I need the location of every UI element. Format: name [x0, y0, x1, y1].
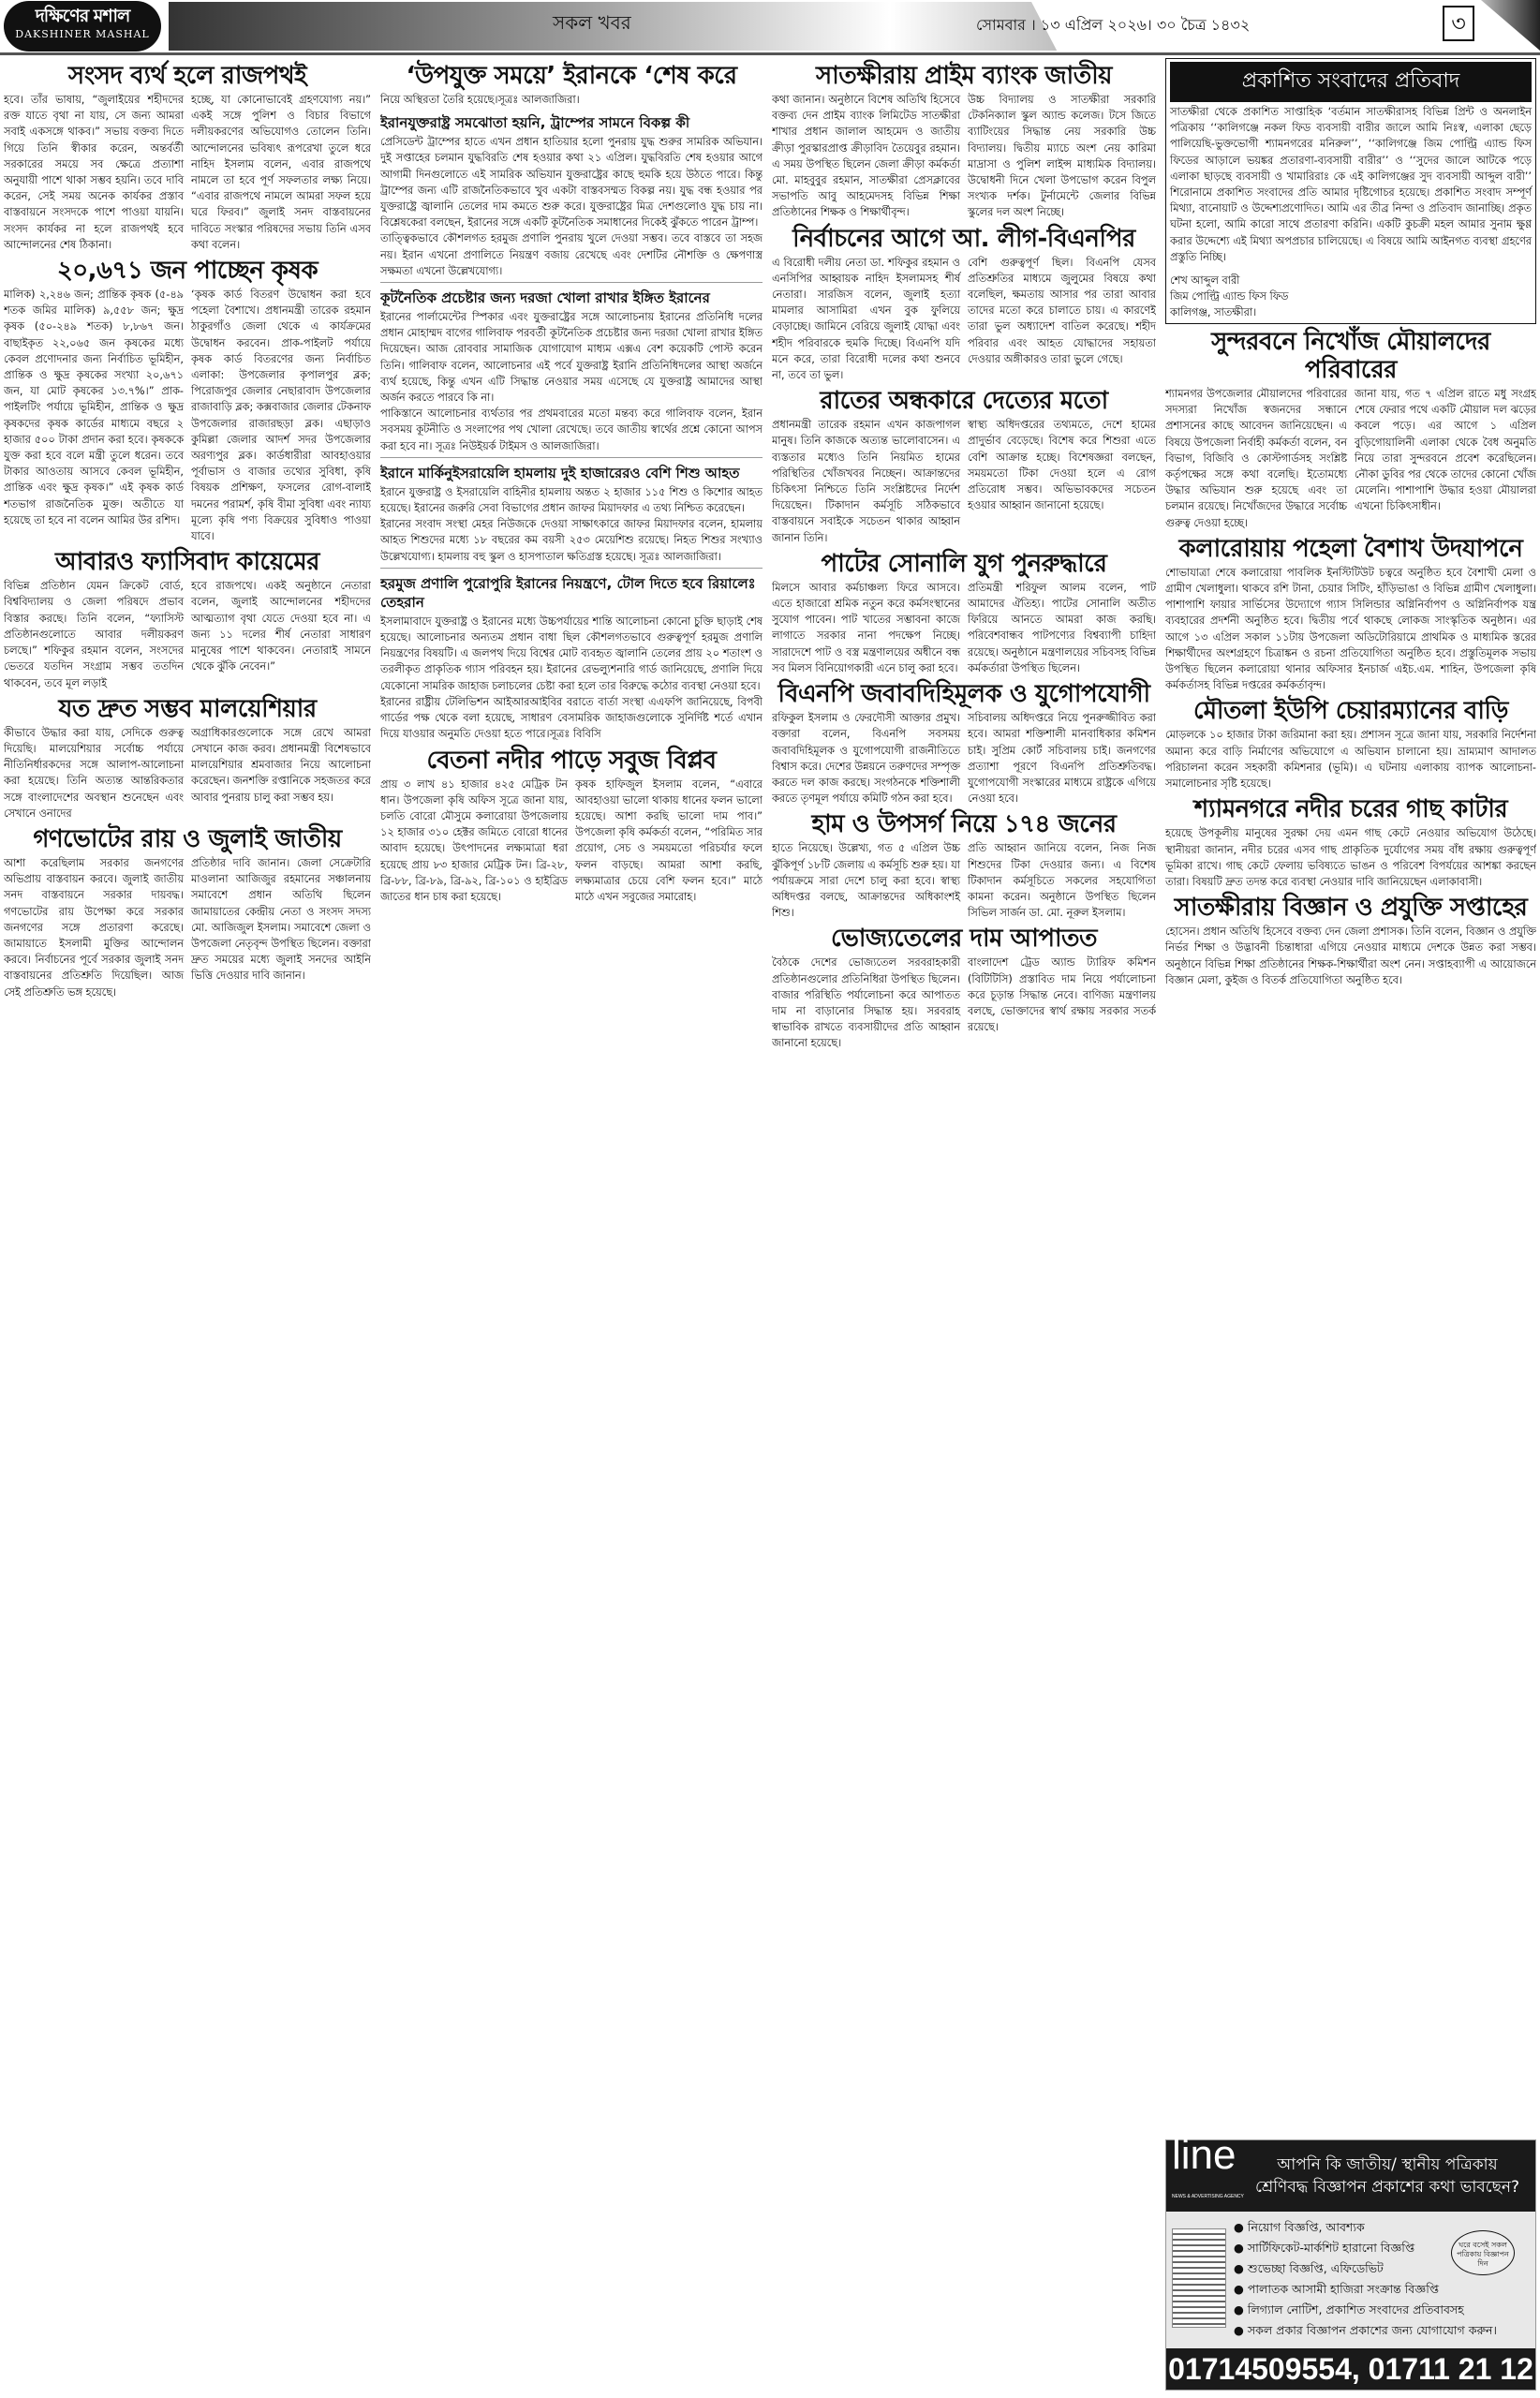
- divider: [380, 568, 763, 569]
- ad-oval-callout: ঘরে বসেই সকল পত্রিকায় বিজ্ঞাপন দিন: [1451, 2230, 1515, 2275]
- paragraph: প্রতিষ্ঠার দাবি জানান। জেলা সেক্রেটারি ম…: [191, 855, 371, 984]
- paragraph: ইসলামাবাদে যুক্তরাষ্ট্র ও ইরানের মধ্যে উ…: [380, 614, 763, 694]
- headline[interactable]: ‘উপযুক্ত সময়ে’ ইরানকে ‘শেষ করে: [380, 62, 763, 90]
- column-1: সংসদ ব্যর্থ হলে রাজপথই হবে। তাঁর ভাষায়,…: [4, 58, 371, 1000]
- masthead: দক্ষিণের মশাল DAKSHINER MASHAL সকল খবর স…: [0, 0, 1540, 54]
- paragraph: আশা করেছিলাম সরকার জনগণের অভিপ্রায় বাস্…: [4, 855, 184, 1000]
- paragraph: স্বাস্থ্য অধিদপ্তরের তথ্যমতে, দেশে হামের…: [968, 417, 1156, 513]
- paragraph: বিভিন্ন প্রতিষ্ঠান যেমন ক্রিকেট বোর্ড, ব…: [4, 578, 184, 690]
- headline[interactable]: সংসদ ব্যর্থ হলে রাজপথই: [4, 62, 371, 90]
- column-4: প্রকাশিত সংবাদের প্রতিবাদ সাতক্ষীরা থেকে…: [1165, 58, 1536, 988]
- paragraph: পাকিস্তানে আলোচনার ব্যর্থতার পর প্রথমবার…: [380, 406, 763, 454]
- article-body: শ্যামনগর উপজেলার মৌয়ালদের পরিবারের সদস্…: [1165, 386, 1536, 531]
- subheadline[interactable]: ইরানযুক্তরাষ্ট্র সমঝোতা হয়নি, ট্রাম্পের…: [380, 113, 763, 132]
- paragraph: এ বিরোধী দলীয় নেতা ডা. শফিকুর রহমান ও এ…: [772, 255, 960, 384]
- paragraph: উচ্চ বিদ্যালয় ও সাতক্ষীরা সরকারি টেকনিক…: [968, 92, 1156, 221]
- headline[interactable]: হাম ও উপসর্গ নিয়ে ১৭৪ জনের: [772, 810, 1156, 838]
- paragraph: বাংলাদেশ ট্রেড অ্যান্ড ট্যারিফ কমিশন (বি…: [968, 955, 1156, 1035]
- paragraph: প্রতি আহ্বান জানিয়ে বলেন, নিজ নিজ শিশুদ…: [968, 840, 1156, 921]
- paragraph: প্রেসিডেন্ট ট্রাম্পের হাতে এখন প্রধান হা…: [380, 134, 763, 230]
- paragraph: হোসেন। প্রধান অতিথি হিসেবে বক্তব্য দেন জ…: [1165, 924, 1536, 988]
- newspaper-thumbnail-icon: [1172, 2228, 1226, 2328]
- paragraph: মিলসে আবার কর্মচাঞ্চল্য ফিরে আসবে। এতে হ…: [772, 580, 960, 676]
- rejoinder-box: প্রকাশিত সংবাদের প্রতিবাদ সাতক্ষীরা থেকে…: [1165, 58, 1536, 324]
- paragraph: হবে। তাঁর ভাষায়, “জুলাইয়ের শহীদদের রক্…: [4, 92, 184, 253]
- ad-headline-line2: শ্রেণিবদ্ধ বিজ্ঞাপন প্রকাশের কথা ভাবছেন?: [1245, 2176, 1530, 2198]
- paragraph: সাতক্ষীরা থেকে প্রকাশিত সাপ্তাহিক ‘বর্তম…: [1170, 104, 1532, 265]
- article-body: বিভিন্ন প্রতিষ্ঠান যেমন ক্রিকেট বোর্ড, ব…: [4, 578, 371, 690]
- date-line: সোমবার । ১৩ এপ্রিল ২০২৬। ৩০ চৈত্র ১৪৩২: [976, 13, 1250, 38]
- paragraph: মালিক) ২,২৪৬ জন; প্রান্তিক কৃষক (৫-৪৯ শত…: [4, 287, 184, 528]
- headline[interactable]: নির্বাচনের আগে আ. লীগ-বিএনপির: [772, 225, 1156, 253]
- article-body: এ বিরোধী দলীয় নেতা ডা. শফিকুর রহমান ও এ…: [772, 255, 1156, 384]
- paragraph: হয়েছে উপকূলীয় মানুষের সুরক্ষা দেয় এমন…: [1165, 825, 1536, 890]
- ad-body: নিয়োগ বিজ্ঞপ্তি, আবশ্যক সার্টিফিকেট-মার…: [1166, 2212, 1535, 2348]
- paragraph: সচিবালয় অধিদপ্তরে নিয়ে পুনরুজ্জীবিত কর…: [968, 710, 1156, 807]
- agency-logo-text: line: [1172, 2132, 1236, 2178]
- headline[interactable]: রাতের অন্ধকারে দেত্যের মতো: [772, 387, 1156, 415]
- paragraph: জানা যায়, গত ৭ এপ্রিল রাতে মধু সংগ্রহ শ…: [1355, 386, 1536, 515]
- paragraph: মোড়লকে ১০ হাজার টাকা জরিমানা করা হয়। প…: [1165, 727, 1536, 792]
- headline[interactable]: বেতনা নদীর পাড়ে সবুজ বিপ্লব: [380, 747, 763, 775]
- article-body: আশা করেছিলাম সরকার জনগণের অভিপ্রায় বাস্…: [4, 855, 371, 1000]
- article-body: কথা জানান। অনুষ্ঠানে বিশেষ অতিথি হিসেবে …: [772, 92, 1156, 221]
- column-3: সাতক্ষীরায় প্রাইম ব্যাংক জাতীয় কথা জান…: [772, 58, 1156, 1052]
- paragraph: বৈঠকে দেশের ভোজ্যতেল সরবরাহকারী প্রতিষ্ঠ…: [772, 955, 960, 1051]
- agency-tagline: NEWS & ADVERTISING AGENCY: [1172, 2176, 1245, 2217]
- column-2: ‘উপযুক্ত সময়ে’ ইরানকে ‘শেষ করে নিয়ে অস…: [380, 58, 763, 905]
- headline[interactable]: সুন্দরবনে নিখোঁজ মৌয়ালদের পরিবারের: [1165, 328, 1536, 384]
- paragraph: ইরানের পার্লামেন্টের স্পিকার এবং যুক্তরা…: [380, 309, 763, 406]
- divider: [380, 457, 763, 458]
- headline[interactable]: মৌতলা ইউপি চেয়ারম্যানের বাড়ি: [1165, 697, 1536, 725]
- paragraph: শোভাযাত্রা শেষে কলারোয়া পাবলিক ইনস্টিটি…: [1165, 565, 1536, 694]
- newspaper-logo[interactable]: দক্ষিণের মশাল DAKSHINER MASHAL: [4, 1, 161, 52]
- page-number: ৩: [1443, 6, 1474, 41]
- headline[interactable]: বিএনপি জবাবদিহিমূলক ও যুগোপযোগী: [772, 680, 1156, 708]
- signature: শেখ আব্দুল বারী জিম পোল্ট্রি এ্যান্ড ফিস…: [1170, 273, 1532, 320]
- ad-phone-numbers[interactable]: 01714509554, 01711 21 12 41: [1166, 2348, 1535, 2390]
- subheadline[interactable]: কূটনৈতিক প্রচেষ্টার জন্য দরজা খোলা রাখার…: [380, 289, 763, 307]
- article-body: মালিক) ২,২৪৬ জন; প্রান্তিক কৃষক (৫-৪৯ শত…: [4, 287, 371, 544]
- paragraph: প্রতিমন্ত্রী শরিফুল আলম বলেন, পাট আমাদের…: [968, 580, 1156, 676]
- paragraph: প্রায় ৩ লাখ ৪১ হাজার ৪২৫ মেট্রিক টন ধান…: [380, 777, 568, 906]
- headline[interactable]: সাতক্ষীরায় প্রাইম ব্যাংক জাতীয়: [772, 62, 1156, 90]
- header-rule: [0, 52, 1540, 55]
- signature-company: জিম পোল্ট্রি এ্যান্ড ফিস ফিড: [1170, 289, 1532, 304]
- article-body: মিলসে আবার কর্মচাঞ্চল্য ফিরে আসবে। এতে হ…: [772, 580, 1156, 676]
- paragraph: ইরানের রাষ্ট্রীয় টেলিভিশন আইআরআইবির বরা…: [380, 694, 763, 743]
- headline[interactable]: সাতক্ষীরায় বিজ্ঞান ও প্রযুক্তি সপ্তাহের: [1165, 894, 1536, 922]
- paragraph: কীভাবে উদ্ধার করা যায়, সেদিকে গুরুত্ব দ…: [4, 725, 184, 822]
- article-body: রফিকুল ইসলাম ও ফেরদৌসী আক্তার প্রমুখ। বক…: [772, 710, 1156, 807]
- paragraph: অগ্রাধিকারগুলোকে সঙ্গে রেখে আমরা সেখানে …: [191, 725, 371, 806]
- headline[interactable]: আবারও ফ্যাসিবাদ কায়েমের: [4, 548, 371, 576]
- logo-english: DAKSHINER MASHAL: [4, 27, 161, 42]
- headline[interactable]: যত দ্রুত সম্ভব মালয়েশিয়ার: [4, 695, 371, 723]
- section-title: সকল খবর: [553, 9, 631, 40]
- signature-location: কালিগঞ্জ, সাতক্ষীরা।: [1170, 304, 1532, 320]
- article-body: প্রধানমন্ত্রী তারেক রহমান এখন কাজপাগল মা…: [772, 417, 1156, 546]
- ad-headline: আপনি কি জাতীয়/ স্থানীয় পত্রিকায় শ্রেণ…: [1245, 2154, 1530, 2198]
- logo-bangla: দক্ষিণের মশাল: [4, 5, 161, 27]
- signature-name: শেখ আব্দুল বারী: [1170, 273, 1532, 289]
- paragraph: প্রধানমন্ত্রী তারেক রহমান এখন কাজপাগল মা…: [772, 417, 960, 546]
- headline[interactable]: কলারোয়ায় পহেলা বৈশাখ উদযাপনে: [1165, 535, 1536, 563]
- paragraph: তাত্ত্বিকভাবে কৌশলগত হরমুজ প্রণালি পুনরা…: [380, 230, 763, 279]
- paragraph: শ্যামনগর উপজেলার মৌয়ালদের পরিবারের সদস্…: [1165, 386, 1347, 531]
- ad-service-item: পালাতক আসামী হাজিরা সংক্রান্ত বিজ্ঞপ্তি: [1234, 2279, 1530, 2300]
- paragraph: ইরানের সংবাদ সংস্থা মেহর নিউজকে দেওয়া স…: [380, 516, 763, 565]
- paragraph: বেশি গুরুত্বপূর্ণ ছিল। বিএনপি যেসব প্রতি…: [968, 255, 1156, 367]
- headline[interactable]: শ্যামনগরে নদীর চরের গাছ কাটার: [1165, 795, 1536, 823]
- paragraph: ‘কৃষক কার্ড বিতরণ উদ্বোধন করা হবে পহেলা …: [191, 287, 371, 544]
- headline[interactable]: ভোজ্যতেলের দাম আপাতত: [772, 925, 1156, 953]
- classified-advertisement[interactable]: line NEWS & ADVERTISING AGENCY আপনি কি জ…: [1165, 2139, 1536, 2391]
- subheadline[interactable]: ইরানে মার্কিনুইসরায়েলি হামলায় দুই হাজা…: [380, 464, 763, 482]
- article-body: বৈঠকে দেশের ভোজ্যতেল সরবরাহকারী প্রতিষ্ঠ…: [772, 955, 1156, 1051]
- subheadline[interactable]: হরমুজ প্রণালি পুরোপুরি ইরানের নিয়ন্ত্রণ…: [380, 574, 763, 612]
- ad-service-item: লিগ্যাল নোটিশ, প্রকাশিত সংবাদের প্রতিবাব…: [1234, 2300, 1530, 2320]
- paragraph: হাতে নিয়েছে। উল্লেখ্য, গত ৫ এপ্রিল উচ্চ…: [772, 840, 960, 921]
- article-body: কীভাবে উদ্ধার করা যায়, সেদিকে গুরুত্ব দ…: [4, 725, 371, 822]
- paragraph: কৃষক হাফিজুল ইসলাম বলেন, “এবারে আবহাওয়া…: [575, 777, 763, 906]
- paragraph: নিয়ে অস্থিরতা তৈরি হয়েছে।সূত্রঃ আলজাজি…: [380, 92, 763, 108]
- paragraph: রফিকুল ইসলাম ও ফেরদৌসী আক্তার প্রমুখ। বক…: [772, 710, 960, 807]
- ad-headline-line1: আপনি কি জাতীয়/ স্থানীয় পত্রিকায়: [1245, 2154, 1530, 2176]
- article-body: হাতে নিয়েছে। উল্লেখ্য, গত ৫ এপ্রিল উচ্চ…: [772, 840, 1156, 921]
- paragraph: হচ্ছে, যা কোনোভাবেই গ্রহণযোগ্য নয়।” একই…: [191, 92, 371, 253]
- divider: [380, 282, 763, 283]
- headline[interactable]: পাটের সোনালি যুগ পুনরুদ্ধারে: [772, 550, 1156, 578]
- rejoinder-title[interactable]: প্রকাশিত সংবাদের প্রতিবাদ: [1170, 62, 1532, 102]
- paragraph: কথা জানান। অনুষ্ঠানে বিশেষ অতিথি হিসেবে …: [772, 92, 960, 221]
- agency-logo: line NEWS & ADVERTISING AGENCY: [1172, 2135, 1245, 2217]
- paragraph: হবে রাজপথে। একই অনুষ্ঠানে নেতারা বলেন, জ…: [191, 578, 371, 674]
- headline[interactable]: গণভোটের রায় ও জুলাই জাতীয়: [4, 825, 371, 853]
- ad-service-item: সকল প্রকার বিজ্ঞাপন প্রকাশের জন্য যোগাযো…: [1234, 2320, 1530, 2341]
- ad-header: line NEWS & ADVERTISING AGENCY আপনি কি জ…: [1166, 2140, 1535, 2212]
- paragraph: ইরানে যুক্তরাষ্ট্র ও ইসরায়েলি বাহিনীর হ…: [380, 484, 763, 516]
- article-body: প্রায় ৩ লাখ ৪১ হাজার ৪২৫ মেট্রিক টন ধান…: [380, 777, 763, 906]
- headline[interactable]: ২০,৬৭১ জন পাচ্ছেন কৃষক: [4, 257, 371, 285]
- article-body: হবে। তাঁর ভাষায়, “জুলাইয়ের শহীদদের রক্…: [4, 92, 371, 253]
